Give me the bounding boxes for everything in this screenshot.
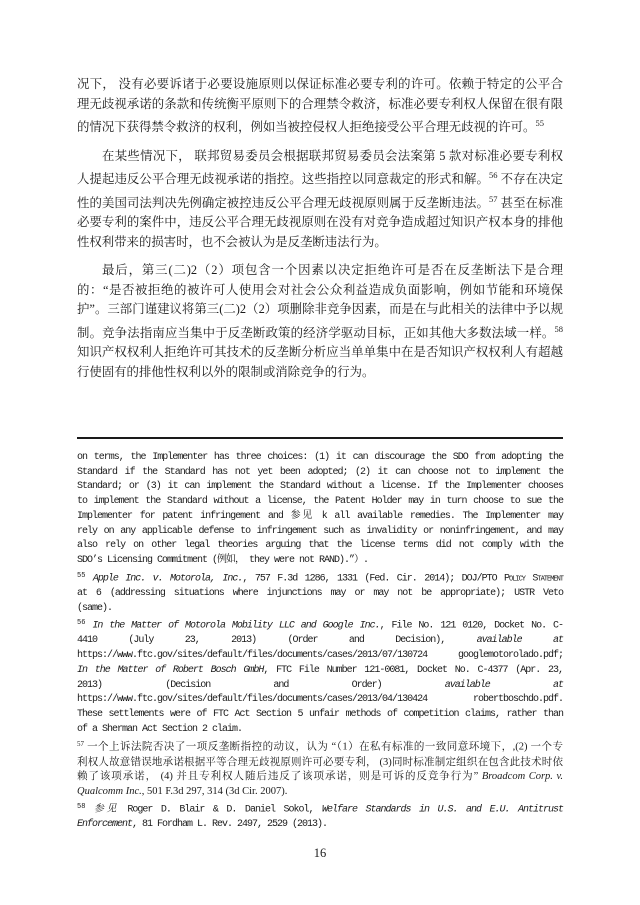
text-segment: of a Sherman Act Section 2 claim. bbox=[77, 724, 242, 735]
text-segment: 一个上诉法院否决了一项反垄断指控的动议，认为 “（1）在私有标准的一致同意环境下… bbox=[84, 742, 563, 753]
text-segment: , 501 F.3d 297, 314 (3d Cir. 2007). bbox=[142, 786, 288, 797]
footnote-line: Standard; or (3) it can implement the St… bbox=[77, 480, 563, 495]
footnote-line: Implementer for patent infringement and … bbox=[77, 510, 563, 525]
footnote-line: 2013) (Decision and Order) available at bbox=[77, 679, 563, 694]
text-segment: 况下， 没有必要诉诸于必要设施原则以保证标准必要专利的许可。依赖于特定的公平合理… bbox=[77, 77, 563, 134]
text-segment: at 6 (addressing situations where injunc… bbox=[77, 588, 563, 599]
text-segment: 在某些情况下， 联邦贸易委员会根据联邦贸易委员会法案第 5 款对标准必要专利权人… bbox=[77, 149, 563, 187]
document-page: 况下， 没有必要诉诸于必要设施原则以保证标准必要专利的许可。依赖于特定的公平合理… bbox=[0, 0, 640, 905]
footnote-line: (same). bbox=[77, 602, 563, 617]
text-segment: Enforcement bbox=[77, 819, 132, 830]
footnote-line: SDO’s Licensing Commitment (例如， they wer… bbox=[77, 554, 563, 569]
text-segment: , File No. 121 0120, Docket No. C- bbox=[380, 621, 563, 632]
text-segment: rely on any applicable defense to infrin… bbox=[77, 526, 563, 537]
footnote-line: to implement the Standard without a lice… bbox=[77, 495, 563, 510]
text-segment: , FTC File Number 121-0081, Docket No. C… bbox=[263, 665, 563, 676]
footnote-line: at 6 (addressing situations where injunc… bbox=[77, 587, 563, 602]
footnote-line: also rely on other legal theories arguin… bbox=[77, 539, 563, 554]
footnote-line: 56 In the Matter of Motorola Mobility LL… bbox=[77, 616, 563, 634]
text-segment: 赖了该项承诺， (4) 并且专利权人随后违反了该项承诺，则是可诉的反竞争行为” bbox=[77, 771, 482, 782]
footnote-line: 利权人故意错误地承诺根据平等合理无歧视原则许可必要专利， (3)同时标准制定组织… bbox=[77, 756, 563, 771]
text-segment: , 81 Fordham L. Rev. 2497, 2529 (2013). bbox=[132, 819, 327, 830]
text-segment: Qualcomm Inc. bbox=[77, 786, 142, 797]
footnote-line: https://www.ftc.gov/sites/default/files/… bbox=[77, 649, 563, 664]
text-segment bbox=[85, 573, 92, 584]
text-segment: Broadcom Corp. v. bbox=[482, 771, 563, 782]
text-segment: on terms, the Implementer has three choi… bbox=[77, 452, 563, 463]
footnote-line: rely on any applicable defense to infrin… bbox=[77, 525, 563, 540]
footnote-line: 4410 (July 23, 2013) (Order and Decision… bbox=[77, 634, 563, 649]
text-segment: In the Matter of Motorola Mobility LLC a… bbox=[92, 621, 379, 632]
footnote-line: 57 一个上诉法院否决了一项反垄断指控的动议，认为 “（1）在私有标准的一致同意… bbox=[77, 737, 563, 755]
footnote-line: of a Sherman Act Section 2 claim. bbox=[77, 723, 563, 738]
text-segment: 参见 bbox=[94, 804, 119, 815]
body-paragraph: 在某些情况下， 联邦贸易委员会根据联邦贸易委员会法案第 5 款对标准必要专利权人… bbox=[77, 147, 563, 253]
text-segment: , 757 F.3d 1286, 1331 (Fed. Cir. 2014); … bbox=[242, 573, 504, 584]
text-segment: also rely on other legal theories arguin… bbox=[77, 540, 563, 551]
body-paragraph: 况下， 没有必要诉诸于必要设施原则以保证标准必要专利的许可。依赖于特定的公平合理… bbox=[77, 75, 563, 138]
footnote-line: https://www.ftc.gov/sites/default/files/… bbox=[77, 693, 563, 708]
text-segment: Roger D. Blair & D. Daniel Sokol, bbox=[119, 804, 322, 815]
footnote-line: on terms, the Implementer has three choi… bbox=[77, 451, 563, 466]
text-segment: https://www.ftc.gov/sites/default/files/… bbox=[77, 694, 563, 705]
text-segment: available at bbox=[477, 635, 563, 646]
text-segment: 4410 (July 23, 2013) (Order and Decision… bbox=[77, 635, 477, 646]
text-segment: In the Matter of Robert Bosch GmbH bbox=[77, 665, 263, 676]
text-segment: (same). bbox=[77, 603, 112, 614]
footnote-ref: 57 bbox=[77, 740, 84, 748]
body-paragraph: 最后，第三(二)2（2）项包含一个因素以决定拒绝许可是否在反垄断法下是合理的：“… bbox=[77, 261, 563, 382]
text-segment: 知识产权权利人拒绝许可其技术的反垄断分析应当单单集中在是否知识产权权利人有超越行… bbox=[77, 345, 563, 379]
text-segment: https://www.ftc.gov/sites/default/files/… bbox=[77, 650, 563, 661]
text-segment: 利权人故意错误地承诺根据平等合理无歧视原则许可必要专利， (3)同时标准制定组织… bbox=[77, 757, 563, 768]
footnote-list: on terms, the Implementer has three choi… bbox=[77, 451, 563, 833]
footnote-line: Enforcement, 81 Fordham L. Rev. 2497, 25… bbox=[77, 818, 563, 833]
footnote-line: Standard if the Standard has not yet bee… bbox=[77, 466, 563, 481]
text-segment: to implement the Standard without a lice… bbox=[77, 496, 563, 507]
text-segment: 2013) (Decision and Order) bbox=[77, 680, 445, 691]
text-segment: Welfare Standards in U.S. and E.U. Antit… bbox=[322, 804, 563, 815]
footnote-line: 赖了该项承诺， (4) 并且专利权人随后违反了该项承诺，则是可诉的反竞争行为” … bbox=[77, 770, 563, 785]
footnote-line: Qualcomm Inc., 501 F.3d 297, 314 (3d Cir… bbox=[77, 785, 563, 800]
text-segment: SDO’s Licensing Commitment (例如， they wer… bbox=[77, 555, 368, 566]
footnote-section: on terms, the Implementer has three choi… bbox=[77, 437, 563, 833]
text-segment: Implementer for patent infringement and … bbox=[77, 511, 563, 522]
text-segment: These settlements were of FTC Act Sectio… bbox=[77, 709, 563, 720]
body-text: 况下， 没有必要诉诸于必要设施原则以保证标准必要专利的许可。依赖于特定的公平合理… bbox=[77, 75, 563, 382]
text-segment: Policy Statement bbox=[504, 573, 563, 584]
footnote-ref: 58 bbox=[555, 324, 564, 334]
text-segment bbox=[85, 804, 94, 815]
text-segment: Apple Inc. v. Motorola, Inc. bbox=[93, 573, 243, 584]
footnote-line: 55 Apple Inc. v. Motorola, Inc., 757 F.3… bbox=[77, 569, 563, 587]
text-segment: Standard; or (3) it can implement the St… bbox=[77, 481, 563, 492]
page-content: 况下， 没有必要诉诸于必要设施原则以保证标准必要专利的许可。依赖于特定的公平合理… bbox=[77, 75, 563, 833]
footnote-line: These settlements were of FTC Act Sectio… bbox=[77, 708, 563, 723]
footnote-line: 58 参见 Roger D. Blair & D. Daniel Sokol, … bbox=[77, 800, 563, 818]
text-segment: available at bbox=[445, 680, 563, 691]
footnote-line: In the Matter of Robert Bosch GmbH, FTC … bbox=[77, 664, 563, 679]
footnote-ref: 55 bbox=[535, 118, 544, 128]
page-number: 16 bbox=[0, 846, 640, 861]
text-segment: Standard if the Standard has not yet bee… bbox=[77, 467, 563, 478]
text-segment: 最后，第三(二)2（2）项包含一个因素以决定拒绝许可是否在反垄断法下是合理的：“… bbox=[77, 263, 563, 340]
